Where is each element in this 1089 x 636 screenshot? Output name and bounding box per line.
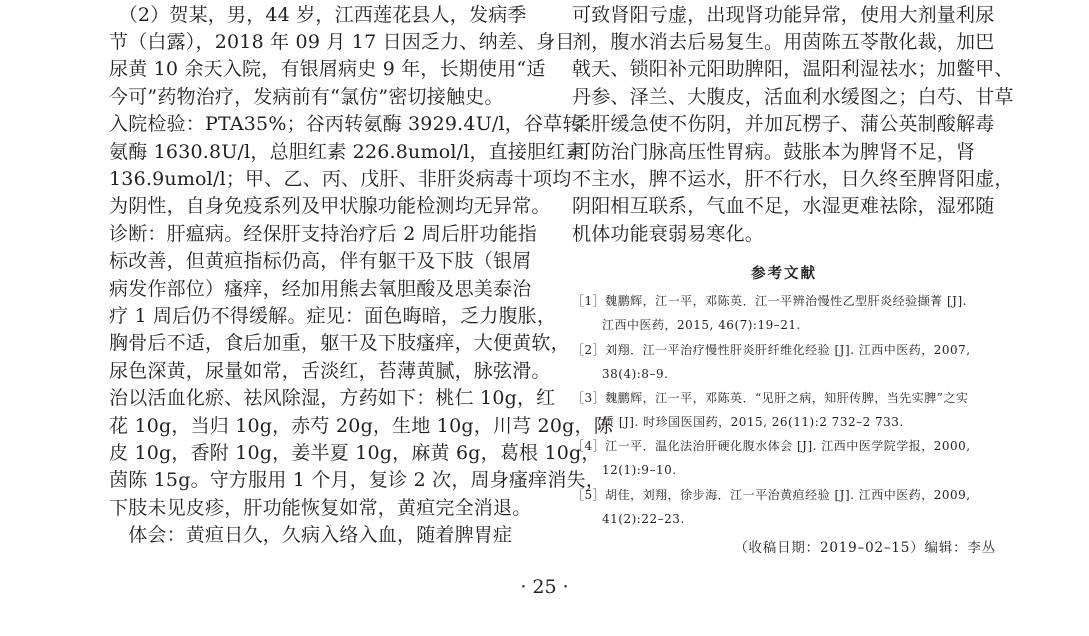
- body-text-line: 136.9umol/l；甲、乙、丙、戊肝、非肝炎病毒十项均: [109, 166, 571, 192]
- body-text-line: 胸骨后不适，食后加重，躯干及下肢瘙痒，大便黄软，: [109, 330, 570, 356]
- reference-continuation: 江西中医药，2015, 46(7):19–21.: [602, 317, 801, 333]
- body-text-line: 可致肾阳亏虚，出现肾功能异常，使用大剂量利尿: [572, 2, 994, 28]
- body-text-line: 标改善，但黄疸指标仍高，伴有躯干及下肢（银屑: [109, 248, 531, 274]
- reference-number: ［1］: [572, 294, 605, 308]
- reference-item: ［3］魏鹏辉，江一平，邓陈英．“见肝之病，知肝传脾，当先实脾”之实: [572, 390, 968, 406]
- body-text-line: 可防治门脉高压性胃病。鼓胀本为脾肾不足，肾: [572, 139, 975, 165]
- reference-item: ［1］魏鹏辉，江一平，邓陈英．江一平辨治慢性乙型肝炎经验撷菁 [J].: [572, 293, 967, 309]
- reference-text: 魏鹏辉，江一平，邓陈英．江一平辨治慢性乙型肝炎经验撷菁 [J].: [605, 294, 967, 308]
- reference-continuation: 质 [J]. 时珍国医国药，2015, 26(11):2 732–2 733.: [602, 414, 904, 430]
- reference-number: ［5］: [572, 488, 605, 502]
- body-text-line: 入院检验：PTA35%；谷丙转氨酶 3929.4U/l，谷草转: [109, 111, 582, 137]
- reference-continuation: 41(2):22–23.: [602, 511, 685, 527]
- body-text-line: 体会：黄疸日久，久病入络入血，随着脾胃症: [109, 522, 512, 548]
- body-text-line: 节（白露），2018 年 09 月 17 日因乏力、纳差、身目: [109, 29, 575, 55]
- body-text-line: 疗 1 周后仍不得缓解。症见：面色晦暗，乏力腹胀，: [109, 303, 556, 329]
- body-text-line: 剂，腹水消去后易复生。用茵陈五苓散化裁，加巴: [572, 29, 994, 55]
- body-text-line: 戟天、锁阳补元阳助脾阳，温阳利湿祛水；加鳖甲、: [572, 56, 1014, 82]
- reference-number: ［2］: [572, 343, 605, 357]
- body-text-line: 病发作部位）瘙痒，经加用熊去氧胆酸及思美泰治: [109, 276, 531, 302]
- body-text-line: （2）贺某，男，44 岁，江西莲花县人，发病季: [109, 2, 527, 28]
- reference-item: ［2］刘翔．江一平治疗慢性肝炎肝纤维化经验 [J]. 江西中医药，2007,: [572, 342, 971, 358]
- body-text-line: 治以活血化瘀、祛风除湿，方药如下：桃仁 10g，红: [109, 385, 555, 411]
- reference-item: ［4］江一平．温化法治肝硬化腹水体会 [J]. 江西中医学院学报，2000,: [572, 438, 971, 454]
- body-text-line: 氨酶 1630.8U/l，总胆红素 226.8umol/l，直接胆红素: [109, 139, 585, 165]
- body-text-line: 机体功能衰弱易寒化。: [572, 221, 764, 247]
- body-text-line: 尿色深黄，尿量如常，舌淡红，苔薄黄腻，脉弦滑。: [109, 358, 551, 384]
- body-text-line: 丹参、泽兰、大腹皮，活血利水缓图之；白芍、甘草: [572, 84, 1014, 110]
- page-number: · 25 ·: [0, 576, 1089, 598]
- body-text-line: 为阴性，自身免疫系列及甲状腺功能检测均无异常。: [109, 193, 551, 219]
- reference-number: ［4］: [572, 439, 605, 453]
- body-text-line: 阴阳相互联系，气血不足，水湿更难祛除，湿邪随: [572, 193, 994, 219]
- reference-number: ［3］: [572, 391, 605, 405]
- body-text-line: 不主水，脾不运水，肝不行水，日久终至脾肾阳虚，: [572, 166, 1014, 192]
- body-text-line: 今可”药物治疗，发病前有“氯仿”密切接触史。: [109, 84, 504, 110]
- body-text-line: 皮 10g，香附 10g，姜半夏 10g，麻黄 6g，葛根 10g，: [109, 440, 601, 466]
- reference-text: 胡佳，刘翔，徐步海．江一平治黄疸经验 [J]. 江西中医药，2009,: [605, 488, 970, 502]
- body-text-line: 尿黄 10 余天入院，有银屑病史 9 年，长期使用“适: [109, 56, 546, 82]
- reference-continuation: 38(4):8–9.: [602, 366, 668, 382]
- reference-text: 魏鹏辉，江一平，邓陈英．“见肝之病，知肝传脾，当先实脾”之实: [605, 391, 968, 405]
- received-date-editor-note: （收稿日期：2019–02–15）编辑：李丛: [734, 536, 996, 556]
- body-text-line: 茵陈 15g。守方服用 1 个月，复诊 2 次，周身瘙痒消失，: [109, 467, 605, 493]
- reference-item: ［5］胡佳，刘翔，徐步海．江一平治黄疸经验 [J]. 江西中医药，2009,: [572, 487, 971, 503]
- references-heading: 参考文献: [572, 262, 996, 283]
- reference-text: 江一平．温化法治肝硬化腹水体会 [J]. 江西中医学院学报，2000,: [605, 439, 970, 453]
- reference-continuation: 12(1):9–10.: [602, 462, 677, 478]
- body-text-line: 诊断：肝瘟病。经保肝支持治疗后 2 周后肝功能指: [109, 221, 537, 247]
- reference-text: 刘翔．江一平治疗慢性肝炎肝纤维化经验 [J]. 江西中医药，2007,: [605, 343, 970, 357]
- body-text-line: 柔肝缓急使不伤阴，并加瓦楞子、蒲公英制酸解毒: [572, 111, 994, 137]
- body-text-line: 花 10g，当归 10g，赤芍 20g，生地 10g，川芎 20g，陈: [109, 413, 613, 439]
- body-text-line: 下肢未见皮疹，肝功能恢复如常，黄疸完全消退。: [109, 495, 531, 521]
